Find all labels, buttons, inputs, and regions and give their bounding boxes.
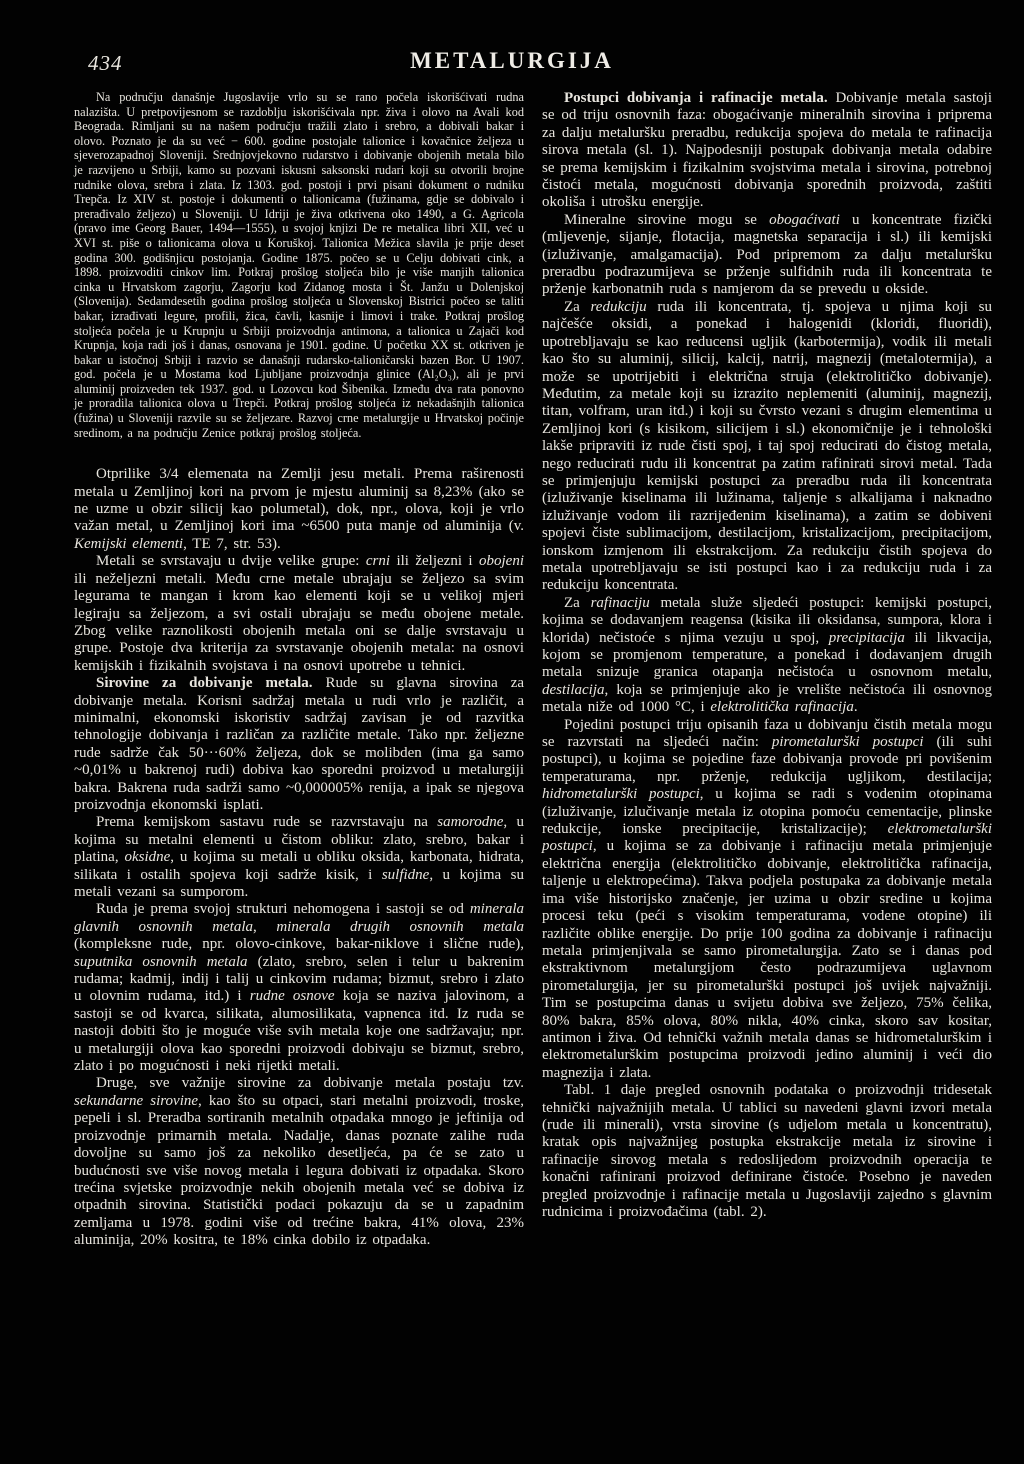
text-columns: Na području današnje Jugoslavije vrlo su… [74, 90, 992, 1250]
paragraph: Za rafinaciju metala služe sljedeći post… [542, 595, 992, 717]
text-run: samorodne [437, 814, 503, 830]
left-column: Na području današnje Jugoslavije vrlo su… [74, 90, 524, 1250]
paragraph: Tabl. 1 daje pregled osnovnih podataka o… [542, 1082, 992, 1221]
page-title: METALURGIJA [410, 48, 614, 74]
text-run: , [253, 919, 276, 935]
paragraph: Ruda je prema svojoj strukturi nehomogen… [74, 901, 524, 1075]
page-header: 434 METALURGIJA [0, 48, 1024, 74]
text-run: ili željezni i [390, 553, 479, 569]
text-run: hidrometalurški postupci [542, 786, 700, 802]
text-run: pirometalurški postupci [772, 734, 924, 750]
text-run: Druge, sve važnije sirovine za dobivanje… [96, 1075, 524, 1091]
text-run: suputnika osnovnih metala [74, 954, 248, 970]
text-run: oksidne [124, 849, 170, 865]
text-run: obojeni [479, 553, 524, 569]
text-run: Metali se svrstavaju u dvije velike grup… [96, 553, 366, 569]
text-run: ruda ili koncentrata, tj. spojeva u njim… [542, 299, 992, 594]
text-run: Na području današnje Jugoslavije vrlo su… [74, 90, 524, 440]
text-run: sekundarne sirovine [74, 1093, 198, 1109]
paragraph: Druge, sve važnije sirovine za dobivanje… [74, 1075, 524, 1249]
text-run: Otprilike 3/4 elemenata na Zemlji jesu m… [74, 466, 524, 534]
paragraph: Za redukciju ruda ili koncentrata, tj. s… [542, 299, 992, 595]
text-run: obogaćivati [769, 212, 840, 228]
paragraph: Mineralne sirovine mogu se obogaćivati u… [542, 212, 992, 299]
paragraph: Na području današnje Jugoslavije vrlo su… [74, 90, 524, 440]
right-column: Postupci dobivanja i rafinacije metala. … [542, 90, 992, 1250]
text-run: Za [564, 299, 591, 315]
text-run: rudne osnove [250, 988, 335, 1004]
text-run: , kao što su otpaci, stari metalni proiz… [74, 1093, 524, 1248]
text-run: ili neželjezni metali. Među crne metale … [74, 571, 524, 674]
paragraph: Otprilike 3/4 elemenata na Zemlji jesu m… [74, 466, 524, 553]
paragraph: Prema kemijskom sastavu rude se razvrsta… [74, 814, 524, 901]
paragraph: Postupci dobivanja i rafinacije metala. … [542, 90, 992, 212]
text-run: redukciju [591, 299, 647, 315]
page-number: 434 [88, 51, 123, 76]
text-run: sulfidne [382, 867, 430, 883]
text-run: Mineralne sirovine mogu se [564, 212, 769, 228]
text-run: rafinaciju [591, 595, 650, 611]
text-run: , u kojima se za dobivanje i rafinaciju … [542, 838, 992, 1080]
paragraph: Pojedini postupci triju opisanih faza u … [542, 717, 992, 1083]
text-run: Sirovine za dobivanje metala. [96, 675, 313, 691]
text-run: (kompleksne rude, npr. olovo-cinkove, ba… [74, 936, 524, 952]
text-run: elektrolitička rafinacija [710, 699, 854, 715]
text-run: Tabl. 1 daje pregled osnovnih podataka o… [542, 1082, 992, 1220]
text-run: Za [564, 595, 591, 611]
text-run: Postupci dobivanja i rafinacije metala. [564, 90, 828, 106]
text-run: Prema kemijskom sastavu rude se razvrsta… [96, 814, 437, 830]
text-run: crni [366, 553, 390, 569]
text-run: precipitacija [829, 630, 905, 646]
text-run: destilacija [542, 682, 605, 698]
text-run: Ruda je prema svojoj strukturi nehomogen… [96, 901, 470, 917]
text-run: minerala drugih osnovnih metala [276, 919, 524, 935]
text-run: Kemijski elementi [74, 536, 183, 552]
book-page: 434 METALURGIJA Na području današnje Jug… [0, 0, 1024, 1464]
paragraph: Sirovine za dobivanje metala. Rude su gl… [74, 675, 524, 814]
paragraph: Metali se svrstavaju u dvije velike grup… [74, 553, 524, 675]
text-run: , TE 7, str. 53). [183, 536, 281, 552]
text-run: Rude su glavna sirovina za dobivanje met… [74, 675, 524, 813]
text-run: Dobivanje metala sastoji se od triju osn… [542, 90, 992, 210]
text-run: . [854, 699, 858, 715]
